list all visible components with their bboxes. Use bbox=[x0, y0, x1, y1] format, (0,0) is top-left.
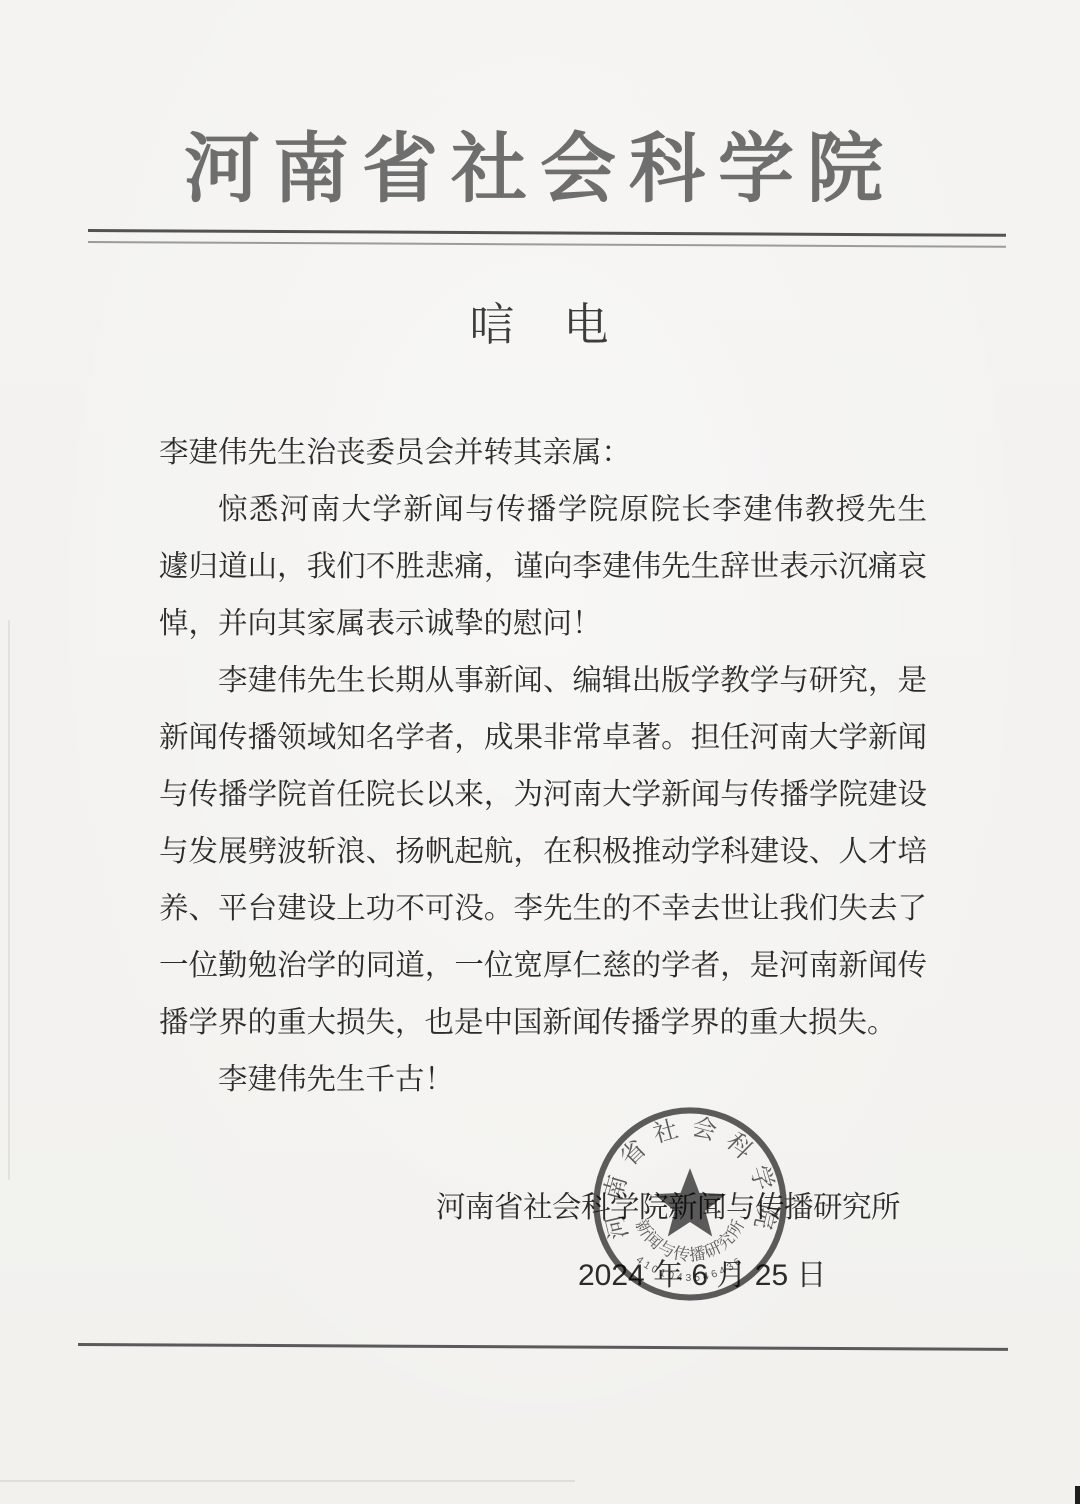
seal-svg: 河南省社会科学院 新闻与传播研究所 4101043546436 bbox=[586, 1100, 794, 1308]
footer-rule bbox=[78, 1343, 1008, 1351]
scan-edge-artifact-bottom bbox=[0, 1480, 575, 1482]
body-line: 李建伟先生长期从事新闻、编辑出版学教学与研究，是 bbox=[159, 652, 927, 709]
body-line: 新闻传播领域知名学者，成果非常卓著。担任河南大学新闻 bbox=[159, 709, 927, 766]
salutation-line: 李建伟先生治丧委员会并转其亲属： bbox=[159, 424, 927, 481]
letterhead-rule-thin bbox=[88, 241, 1006, 248]
body-line: 与传播学院首任院长以来，为河南大学新闻与传播学院建设 bbox=[159, 766, 927, 823]
document-title: 唁 电 bbox=[0, 288, 1080, 353]
tribute-line: 李建伟先生千古！ bbox=[159, 1051, 927, 1108]
letterhead-org-title: 河南省社会科学院 bbox=[0, 108, 1080, 217]
scanned-letter-page: 河南省社会科学院 唁 电 李建伟先生治丧委员会并转其亲属： 惊悉河南大学新闻与传… bbox=[0, 0, 1080, 1504]
seal-bottom-text: 新闻与传播研究所 bbox=[631, 1216, 748, 1265]
scan-edge-artifact bbox=[8, 620, 10, 1180]
body-line: 养、平台建设上功不可没。李先生的不幸去世让我们失去了 bbox=[159, 880, 927, 937]
body-line: 惊悉河南大学新闻与传播学院原院长李建伟教授先生 bbox=[159, 481, 927, 538]
body-line: 一位勤勉治学的同道，一位宽厚仁慈的学者，是河南新闻传 bbox=[159, 937, 927, 994]
body-line: 悼，并向其家属表示诚挚的慰问！ bbox=[159, 595, 927, 652]
seal-star-icon bbox=[654, 1168, 726, 1236]
body-line: 遽归道山，我们不胜悲痛，谨向李建伟先生辞世表示沉痛哀 bbox=[159, 538, 927, 595]
body-line: 与发展劈波斩浪、扬帆起航，在积极推动学科建设、人才培 bbox=[159, 823, 927, 880]
scan-corner-mark bbox=[1075, 1486, 1080, 1504]
letterhead-rule-thick bbox=[88, 229, 1006, 237]
official-seal-stamp: 河南省社会科学院 新闻与传播研究所 4101043546436 bbox=[586, 1100, 794, 1308]
letter-body: 李建伟先生治丧委员会并转其亲属： 惊悉河南大学新闻与传播学院原院长李建伟教授先生… bbox=[159, 424, 927, 1108]
body-line: 播学界的重大损失，也是中国新闻传播学界的重大损失。 bbox=[159, 994, 927, 1051]
